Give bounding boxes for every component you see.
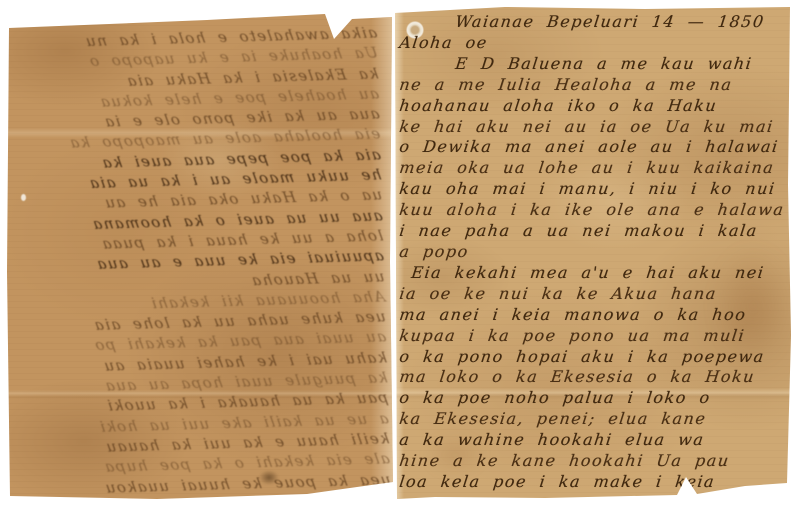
recto-line: kau oha mai i manu, i niu i ko nui xyxy=(398,179,791,200)
verso-bleedthrough-text: aika awahaleto e hola i ka nuUa hoahuke … xyxy=(7,23,392,500)
recto-line: ma anei i keia manowa o ka hoo xyxy=(398,305,791,326)
recto-line: Eia kekahi mea a'u e hai aku nei xyxy=(398,263,791,284)
recto-line: hoahanau aloha iko o ka Haku xyxy=(398,96,791,117)
recto-line: hine a ke kane hookahi Ua pau xyxy=(398,451,791,472)
salutation: Aloha oe xyxy=(398,33,791,54)
recto-line: o Dewika ma anei aole au i halawai xyxy=(398,137,791,158)
paper-speck xyxy=(21,194,26,201)
recto-line: ma loko o ka Ekesesia o ka Hoku xyxy=(398,367,791,388)
recto-text: Waianae Bepeluari 14 — 1850 Aloha oe E D… xyxy=(398,12,789,493)
recto-line: kuu aloha i ka ike ole ana e halawa xyxy=(398,200,791,221)
recto-line: ne a me Iulia Healoha a me na xyxy=(398,75,791,96)
recto-line: E D Baluena a me kau wahi xyxy=(398,54,791,75)
dateline: Waianae Bepeluari 14 — 1850 xyxy=(398,12,791,33)
recto-line: loa kela poe i ka make i keia xyxy=(398,472,791,493)
recto-line: kupaa i ka poe pono ua ma muli xyxy=(398,326,791,347)
recto-line: o ka poe noho palua i loko o xyxy=(398,388,791,409)
recto-line: ia oe ke nui ka ke Akua hana xyxy=(398,284,791,305)
recto-page: Waianae Bepeluari 14 — 1850 Aloha oe E D… xyxy=(395,5,791,500)
letter-scan: aika awahaleto e hola i ka nuUa hoahuke … xyxy=(0,0,800,514)
verso-page: aika awahaleto e hola i ka nuUa hoahuke … xyxy=(7,12,393,500)
recto-body: E D Baluena a me kau wahine a me Iulia H… xyxy=(398,54,789,493)
recto-line: a popo xyxy=(398,242,791,263)
recto-line: o ka pono hopai aku i ka poepewa xyxy=(398,347,791,368)
recto-line: meia oka ua lohe au i kuu kaikaina xyxy=(398,158,791,179)
recto-line: ke hai aku nei au ia oe Ua ku mai xyxy=(398,117,791,138)
recto-line: i nae paha a ua nei makou i kala xyxy=(398,221,791,242)
recto-line: a ka wahine hookahi elua wa xyxy=(398,430,791,451)
recto-line: ka Ekesesia, penei; elua kane xyxy=(398,409,791,430)
